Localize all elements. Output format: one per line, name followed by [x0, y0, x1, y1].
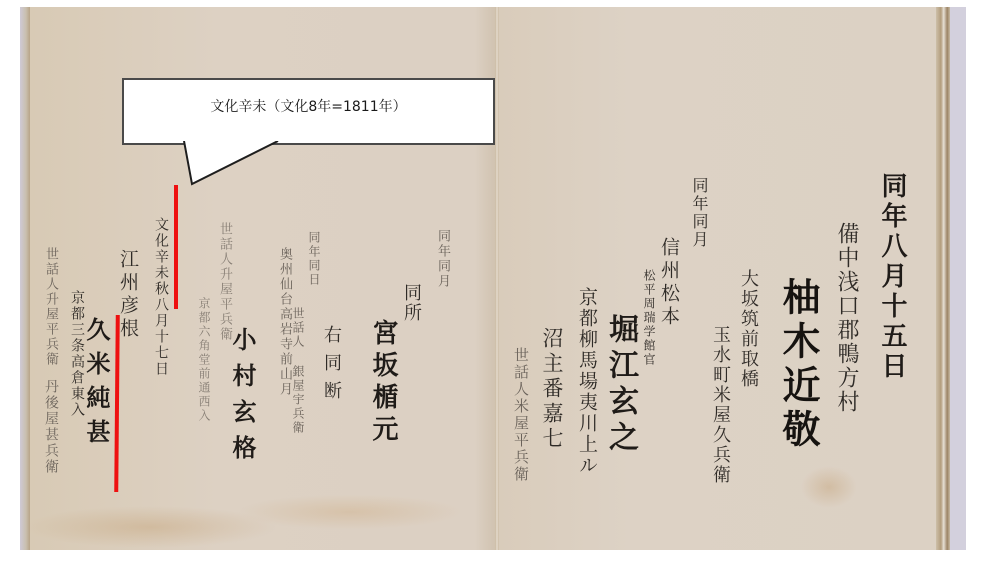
column-place3b: 松平周瑞学館官 — [643, 269, 655, 367]
callout-pointer-icon — [180, 141, 284, 187]
column-place11: 丹後屋甚兵衛 — [44, 379, 58, 475]
column-sewa1: 世話人米屋平兵衛 — [513, 347, 528, 483]
column-sewa4: 世話人升屋平兵衛 — [44, 247, 57, 367]
annotation-callout: 文化辛未（文化8年=1811年） — [122, 78, 495, 145]
column-name6: 久米純甚 — [84, 317, 108, 453]
background-strip-right — [950, 7, 966, 550]
column-date5: 文化辛未秋八月十七日 — [154, 217, 168, 377]
book-spine-edge-left — [20, 7, 30, 550]
column-place3: 信州松本 — [659, 237, 678, 329]
column-place6: 右同断 — [322, 325, 340, 409]
column-date2: 同年同月 — [691, 177, 707, 249]
column-place2: 大坂筑前取橋 — [739, 269, 757, 389]
column-place7: 奥州仙台高岩寺前山月 — [278, 247, 291, 397]
column-place8: 京都六角堂前通西入 — [198, 297, 210, 423]
column-place1: 備中浅口郡鴨方村 — [835, 222, 857, 414]
right-page: 同年八月十五日 備中浅口郡鴨方村 柚木近敬 大坂筑前取橋 玉水町米屋久兵衛 同年… — [499, 7, 936, 550]
callout-text: 文化辛未（文化8年=1811年） — [210, 96, 406, 116]
column-name5: 小村玄格 — [230, 327, 254, 471]
column-date: 同年八月十五日 — [879, 172, 905, 382]
column-sewa3: 世話人升屋平兵衛 — [218, 222, 231, 342]
column-name1: 柚木近敬 — [779, 277, 817, 453]
highlight-line-date — [174, 185, 178, 309]
column-name3: 沼主番嘉七 — [541, 327, 562, 452]
column-place5: 同所 — [402, 283, 420, 323]
column-place10: 京都三条高倉東入 — [70, 290, 84, 418]
column-date3: 同年同月 — [436, 229, 449, 289]
column-name2: 堀江玄之 — [605, 313, 635, 457]
column-name4: 宮坂楯元 — [370, 319, 396, 447]
column-sewa2: 世話人 銀屋宇兵衛 — [292, 307, 304, 435]
column-place2b: 玉水町米屋久兵衛 — [711, 325, 729, 485]
column-place4: 京都柳馬場夷川上ル — [577, 287, 596, 476]
column-date4: 同年同日 — [308, 231, 320, 287]
column-place9: 江州彦根 — [118, 249, 137, 341]
book-page-edges — [936, 7, 950, 550]
